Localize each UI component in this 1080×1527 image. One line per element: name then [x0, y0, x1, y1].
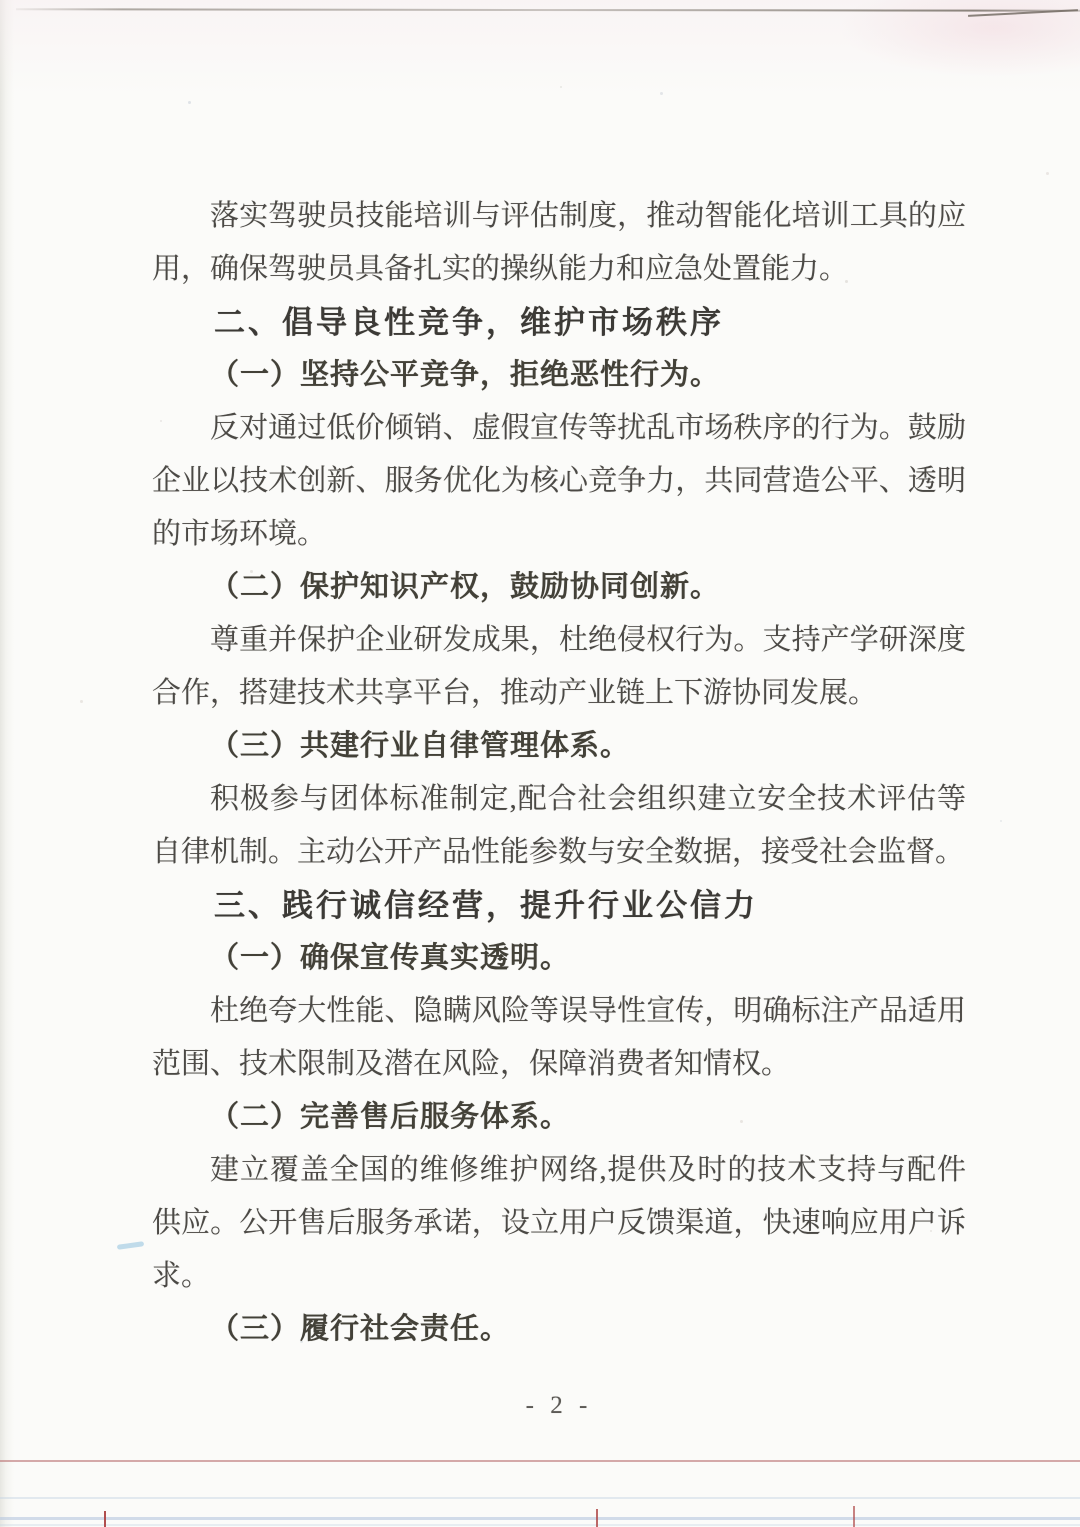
scan-noise-speck	[1046, 172, 1049, 175]
scan-bottom-blue-band	[0, 1517, 1080, 1520]
scan-noise-speck	[80, 700, 83, 703]
paragraph: 反对通过低价倾销、虚假宣传等扰乱市场秩序的行为。鼓励企业以技术创新、服务优化为核…	[152, 402, 966, 561]
subheading: （二）完善售后服务体系。	[152, 1091, 966, 1144]
scan-bottom-blue-band	[0, 1524, 1080, 1526]
subheading: （一）确保宣传真实透明。	[152, 932, 966, 985]
scan-red-tick	[596, 1509, 598, 1527]
scan-noise-speck	[1000, 820, 1002, 822]
scan-noise-speck	[660, 92, 663, 95]
subheading: （三）共建行业自律管理体系。	[152, 720, 966, 773]
scanned-document-page: 落实驾驶员技能培训与评估制度，推动智能化培训工具的应用，确保驾驶员具备扎实的操纵…	[0, 0, 1080, 1527]
subheading: （一）坚持公平竞争，拒绝恶性行为。	[152, 349, 966, 402]
document-body: 落实驾驶员技能培训与评估制度，推动智能化培训工具的应用，确保驾驶员具备扎实的操纵…	[152, 190, 966, 1356]
scan-red-tick	[853, 1506, 855, 1527]
scan-noise-speck	[560, 86, 562, 88]
paragraph: 落实驾驶员技能培训与评估制度，推动智能化培训工具的应用，确保驾驶员具备扎实的操纵…	[152, 190, 966, 296]
page-number: - 2 -	[152, 1392, 966, 1420]
section-heading: 三、践行诚信经营，提升行业公信力	[152, 879, 966, 932]
scan-noise-speck	[188, 101, 191, 104]
scan-bottom-red-line	[0, 1460, 1080, 1462]
subheading: （二）保护知识产权，鼓励协同创新。	[152, 561, 966, 614]
scan-red-tick	[104, 1511, 106, 1527]
scan-bottom-blue-band	[0, 1497, 1080, 1499]
paragraph: 尊重并保护企业研发成果，杜绝侵权行为。支持产学研深度合作，搭建技术共享平台，推动…	[152, 614, 966, 720]
section-heading: 二、倡导良性竞争，维护市场秩序	[152, 296, 966, 349]
scan-top-edge-line	[16, 8, 1080, 11]
paragraph: 建立覆盖全国的维修维护网络,提供及时的技术支持与配件供应。公开售后服务承诺，设立…	[152, 1144, 966, 1303]
paragraph: 杜绝夸大性能、隐瞒风险等误导性宣传，明确标注产品适用范围、技术限制及潜在风险，保…	[152, 985, 966, 1091]
subheading: （三）履行社会责任。	[152, 1303, 966, 1356]
scan-cyan-smudge	[117, 1241, 144, 1250]
paragraph: 积极参与团体标准制定,配合社会组织建立安全技术评估等自律机制。主动公开产品性能参…	[152, 773, 966, 879]
